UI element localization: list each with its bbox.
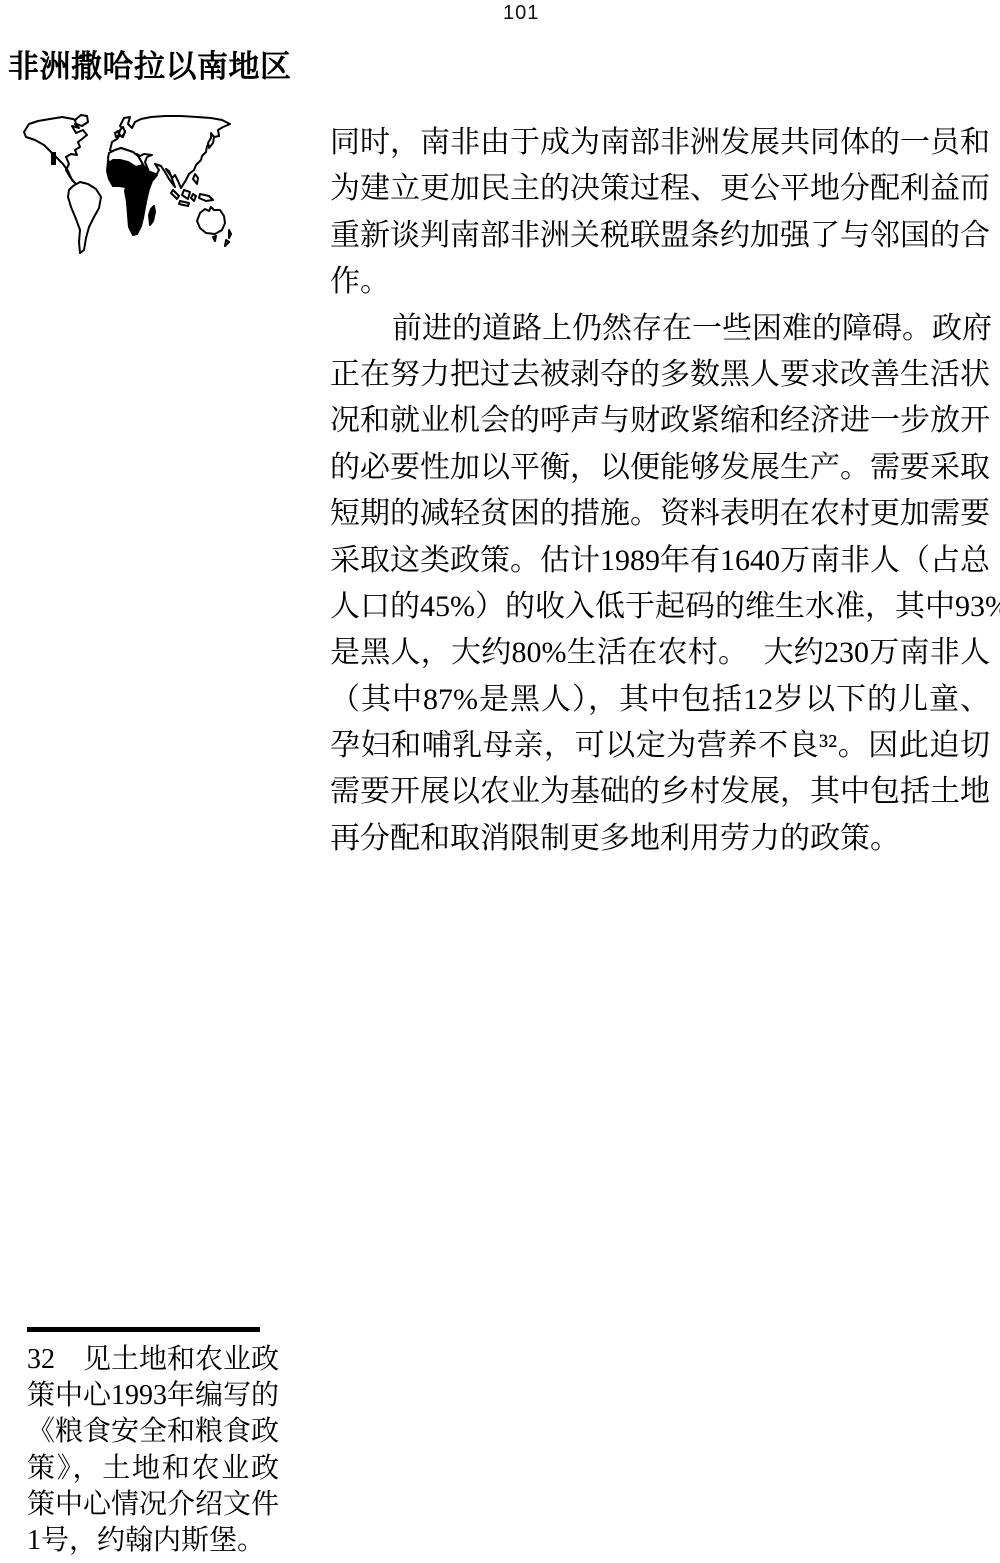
footnote-line: 32 见土地和农业政 xyxy=(27,1342,279,1378)
body-text-line: 再分配和取消限制更多地利用劳力的政策。 xyxy=(330,816,990,862)
body-text-line: 是黑人，大约80%生活在农村。 大约230万南非人 xyxy=(330,630,990,676)
world-map xyxy=(23,114,239,256)
footnote-rule xyxy=(27,1327,260,1332)
body-text-line: 正在努力把过去被剥夺的多数黑人要求改善生活状 xyxy=(330,352,990,398)
sumatra-shape xyxy=(171,190,179,199)
page-number: 101 xyxy=(503,2,539,25)
footnote: 32 见土地和农业政 策中心1993年编写的 《粮食安全和粮食政 策》，土地和农… xyxy=(27,1342,279,1559)
sulawesi-shape xyxy=(191,194,196,201)
body-text-line: （其中87%是黑人），其中包括12岁以下的儿童、 xyxy=(330,677,990,723)
footnote-line: 《粮食安全和粮食政 xyxy=(27,1414,279,1450)
body-text-line: 需要开展以农业为基础的乡村发展，其中包括土地 xyxy=(330,769,990,815)
central-america-mark xyxy=(51,152,56,165)
footnote-line: 策》，土地和农业政 xyxy=(27,1451,279,1487)
document-page: 101 非洲撒哈拉以南地区 xyxy=(0,0,1000,1563)
north-america-shape xyxy=(24,117,87,186)
section-heading: 非洲撒哈拉以南地区 xyxy=(8,41,292,86)
tasmania-shape xyxy=(213,236,216,241)
body-text-line: 短期的减轻贫困的措施。资料表明在农村更加需要 xyxy=(330,491,990,537)
body-text: 同时，南非由于成为南部非洲发展共同体的一员和 为建立更加民主的决策过程、更公平地… xyxy=(330,120,990,862)
new-zealand-north-shape xyxy=(229,230,231,238)
greenland-shape xyxy=(75,115,88,126)
footnote-line: 策中心1993年编写的 xyxy=(27,1378,279,1414)
body-text-line: 的必要性加以平衡，以便能够发展生产。需要采取 xyxy=(330,445,990,491)
java-shape xyxy=(179,201,189,206)
philippines-shape xyxy=(193,174,198,184)
body-text-line: 前进的道路上仍然存在一些困难的障碍。政府 xyxy=(330,306,990,352)
australia-shape xyxy=(197,207,225,234)
body-text-line: 为建立更加民主的决策过程、更公平地分配利益而 xyxy=(330,166,990,212)
body-text-line: 孕妇和哺乳母亲，可以定为营养不良³²。因此迫切 xyxy=(330,723,990,769)
body-text-line: 采取这类政策。估计1989年有1640万南非人（占总 xyxy=(330,538,990,584)
south-america-shape xyxy=(68,182,101,253)
footnote-line: 1号，约翰内斯堡。 xyxy=(27,1523,279,1559)
new-zealand-south-shape xyxy=(225,240,229,246)
body-text-line: 况和就业机会的呼声与财政紧缩和经济进一步放开 xyxy=(330,398,990,444)
body-text-line: 重新谈判南部非洲关税联盟条约加强了与邻国的合 xyxy=(330,213,990,259)
madagascar-shape-highlighted xyxy=(149,206,155,225)
ireland-shape xyxy=(115,131,119,137)
new-guinea-shape xyxy=(199,194,213,201)
world-map-graphic xyxy=(23,114,239,256)
body-text-line: 作。 xyxy=(330,259,990,305)
footnote-line: 策中心情况介绍文件 xyxy=(27,1487,279,1523)
body-text-line: 人口的45%）的收入低于起码的维生水准，其中93% xyxy=(330,584,990,630)
body-text-line: 同时，南非由于成为南部非洲发展共同体的一员和 xyxy=(330,120,990,166)
borneo-shape xyxy=(182,190,190,199)
